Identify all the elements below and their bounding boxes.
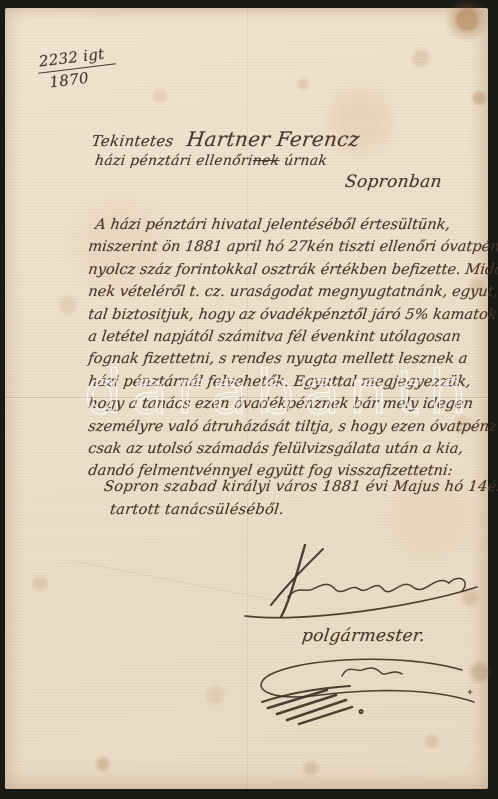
address-line-1: Tekintetes Hartner Ferencz: [91, 127, 362, 151]
body-line: fognak fizettetni, s rendes nyugta melle…: [87, 350, 472, 372]
scanned-letter-page: 2232 igt 1870 Tekintetes Hartner Ferencz…: [0, 0, 498, 799]
address-salutation: Tekintetes: [91, 132, 175, 150]
address-recipient-name: Hartner Ferencz: [185, 127, 361, 151]
address-line-2: házi pénztári ellenőrinek úrnak: [94, 153, 328, 169]
body-line: nyolcz száz forintokkal osztrák értékben…: [87, 261, 472, 283]
body-line: miszerint ön 1881 april hó 27kén tiszti …: [87, 238, 472, 260]
body-line: házi pénztárnál felvehetők. Egyuttal meg…: [87, 373, 472, 395]
body-line: hogy a tanács ezen óvadékpénznek bár mel…: [87, 395, 472, 417]
address-role: házi pénztári ellenőri: [94, 153, 254, 169]
body-line: csak az utolsó számadás felülvizsgálata …: [87, 440, 472, 462]
address-role-struck: nek: [252, 153, 281, 169]
body-line: tal biztositjuk, hogy az óvadékpénztől j…: [87, 306, 472, 328]
closing-line-1: Sopron szabad királyi város 1881 évi Maj…: [103, 478, 498, 495]
address-city: Sopronban: [344, 172, 443, 192]
clerk-signature-flourish: [250, 650, 480, 730]
letter-body: A házi pénztári hivatal jelentéséből ért…: [88, 216, 470, 485]
body-line: személyre való átruházását tiltja, s hog…: [87, 418, 472, 440]
closing-line-2: tartott tanácsüléséből.: [109, 501, 285, 518]
body-line: nek vételéről t. cz. uraságodat megnyugt…: [87, 283, 472, 305]
mayor-signature-flourish: [243, 543, 483, 625]
body-line: a letétel napjától számitva fél évenkint…: [87, 328, 472, 350]
address-role-suffix: úrnak: [283, 153, 328, 169]
body-line: A házi pénztári hivatal jelentéséből ért…: [94, 216, 472, 238]
mayor-title: polgármester.: [301, 626, 427, 646]
